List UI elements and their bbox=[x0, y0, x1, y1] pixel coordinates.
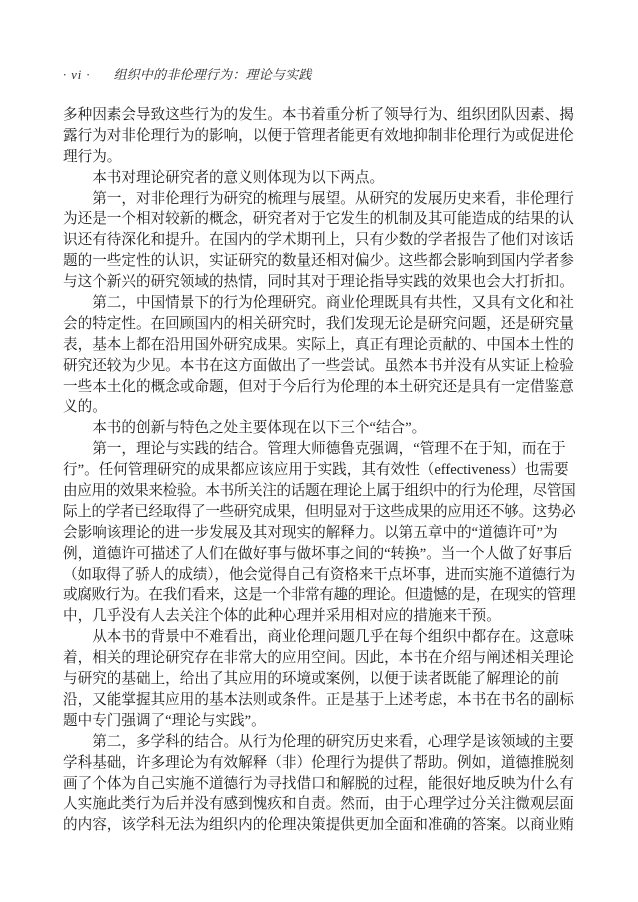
text-line: 第一，对非伦理行为研究的梳理与展望。从研究的发展历史来看，非伦理行 bbox=[63, 189, 575, 210]
text-line: 或腐败行为。在我们看来，这是一个非常有趣的理论。但遗憾的是，在现实的管理 bbox=[63, 585, 575, 606]
book-page: · vi · 组织中的非伦理行为：理论与实践 多种因素会导致这些行为的发生。本书… bbox=[0, 0, 638, 902]
paragraph: 从本书的背景中不难看出，商业伦理问题几乎在每个组织中都存在。这意味着，相关的理论… bbox=[63, 627, 575, 731]
text-line: 第一，理论与实践的结合。管理大师德鲁克强调，“管理不在于知，而在于 bbox=[63, 439, 575, 460]
text-line: 的内容，该学科无法为组织内的伦理决策提供更加全面和准确的答案。以商业贿 bbox=[63, 815, 575, 836]
text-line: 义的。 bbox=[63, 397, 575, 418]
text-line: 人实施此类行为后并没有感到愧疚和自责。然而，由于心理学过分关注微观层面 bbox=[63, 794, 575, 815]
text-line: 多种因素会导致这些行为的发生。本书着重分析了领导行为、组织团队因素、揭 bbox=[63, 105, 575, 126]
paragraph: 本书的创新与特色之处主要体现在以下三个“结合”。 bbox=[63, 418, 575, 439]
text-line: 由应用的效果来检验。本书所关注的话题在理论上属于组织中的行为伦理，尽管国 bbox=[63, 481, 575, 502]
text-line: 与这个新兴的研究领域的热情，同时其对于理论指导实践的效果也会大打折扣。 bbox=[63, 272, 575, 293]
text-line: 际上的学者已经取得了一些研究成果，但明显对于这些成果的应用还不够。这势必 bbox=[63, 502, 575, 523]
running-title: 组织中的非伦理行为：理论与实践 bbox=[114, 64, 312, 83]
paragraph: 第二，中国情景下的行为伦理研究。商业伦理既具有共性，又具有文化和社会的特定性。在… bbox=[63, 293, 575, 418]
text-line: 例，道德许可描述了人们在做好事与做坏事之间的“转换”。当一个人做了好事后 bbox=[63, 544, 575, 565]
paragraph: 第一，对非伦理行为研究的梳理与展望。从研究的发展历史来看，非伦理行为还是一个相对… bbox=[63, 189, 575, 293]
text-line: 本书的创新与特色之处主要体现在以下三个“结合”。 bbox=[63, 418, 575, 439]
text-line: 着，相关的理论研究存在非常大的应用空间。因此，本书在介绍与阐述相关理论 bbox=[63, 648, 575, 669]
text-line: 第二，多学科的结合。从行为伦理的研究历史来看，心理学是该领域的主要 bbox=[63, 732, 575, 753]
page-number: · vi · bbox=[63, 68, 91, 83]
text-line: 画了个体为自己实施不道德行为寻找借口和解脱的过程，能很好地反映为什么有 bbox=[63, 774, 575, 795]
text-line: 研究还较为少见。本书在这方面做出了一些尝试。虽然本书并没有从实证上检验 bbox=[63, 356, 575, 377]
text-line: 题的一些定性的认识，实证研究的数量还相对偏少。这些都会影响到国内学者参 bbox=[63, 251, 575, 272]
text-line: 理行为。 bbox=[63, 147, 575, 168]
page-header: · vi · 组织中的非伦理行为：理论与实践 bbox=[63, 64, 575, 82]
paragraph: 本书对理论研究者的意义则体现为以下两点。 bbox=[63, 168, 575, 189]
text-line: 会影响该理论的进一步发展及其对现实的解释力。以第五章中的“道德许可”为 bbox=[63, 523, 575, 544]
paragraph: 第一，理论与实践的结合。管理大师德鲁克强调，“管理不在于知，而在于行”。任何管理… bbox=[63, 439, 575, 627]
text-line: 第二，中国情景下的行为伦理研究。商业伦理既具有共性，又具有文化和社 bbox=[63, 293, 575, 314]
text-line: 识还有待深化和提升。在国内的学术期刊上，只有少数的学者报告了他们对该话 bbox=[63, 230, 575, 251]
text-line: 题中专门强调了“理论与实践”。 bbox=[63, 711, 575, 732]
text-line: 表，基本上都在沿用国外研究成果。实际上，真正有理论贡献的、中国本土性的 bbox=[63, 335, 575, 356]
text-line: 中，几乎没有人去关注个体的此种心理并采用相对应的措施来干预。 bbox=[63, 606, 575, 627]
text-line: 为还是一个相对较新的概念，研究者对于它发生的机制及其可能造成的结果的认 bbox=[63, 209, 575, 230]
body-text: 多种因素会导致这些行为的发生。本书着重分析了领导行为、组织团队因素、揭露行为对非… bbox=[63, 105, 575, 836]
text-line: 沿，又能掌握其应用的基本法则或条件。正是基于上述考虑，本书在书名的副标 bbox=[63, 690, 575, 711]
text-line: 从本书的背景中不难看出，商业伦理问题几乎在每个组织中都存在。这意味 bbox=[63, 627, 575, 648]
text-line: 一些本土化的概念或命题，但对于今后行为伦理的本土研究还是具有一定借鉴意 bbox=[63, 377, 575, 398]
text-line: 行”。任何管理研究的成果都应该应用于实践，其有效性（effectiveness）… bbox=[63, 460, 575, 481]
text-line: （如取得了骄人的成绩），他会觉得自己有资格来干点坏事，进而实施不道德行为 bbox=[63, 565, 575, 586]
text-line: 露行为对非伦理行为的影响，以便于管理者能更有效地抑制非伦理行为或促进伦 bbox=[63, 126, 575, 147]
text-line: 与研究的基础上，给出了其应用的环境或案例，以便于读者既能了解理论的前 bbox=[63, 669, 575, 690]
text-line: 学科基础，许多理论为有效解释（非）伦理行为提供了帮助。例如，道德推脱刻 bbox=[63, 753, 575, 774]
paragraph: 多种因素会导致这些行为的发生。本书着重分析了领导行为、组织团队因素、揭露行为对非… bbox=[63, 105, 575, 168]
text-line: 会的特定性。在回顾国内的相关研究时，我们发现无论是研究问题，还是研究量 bbox=[63, 314, 575, 335]
paragraph: 第二，多学科的结合。从行为伦理的研究历史来看，心理学是该领域的主要学科基础，许多… bbox=[63, 732, 575, 836]
text-line: 本书对理论研究者的意义则体现为以下两点。 bbox=[63, 168, 575, 189]
